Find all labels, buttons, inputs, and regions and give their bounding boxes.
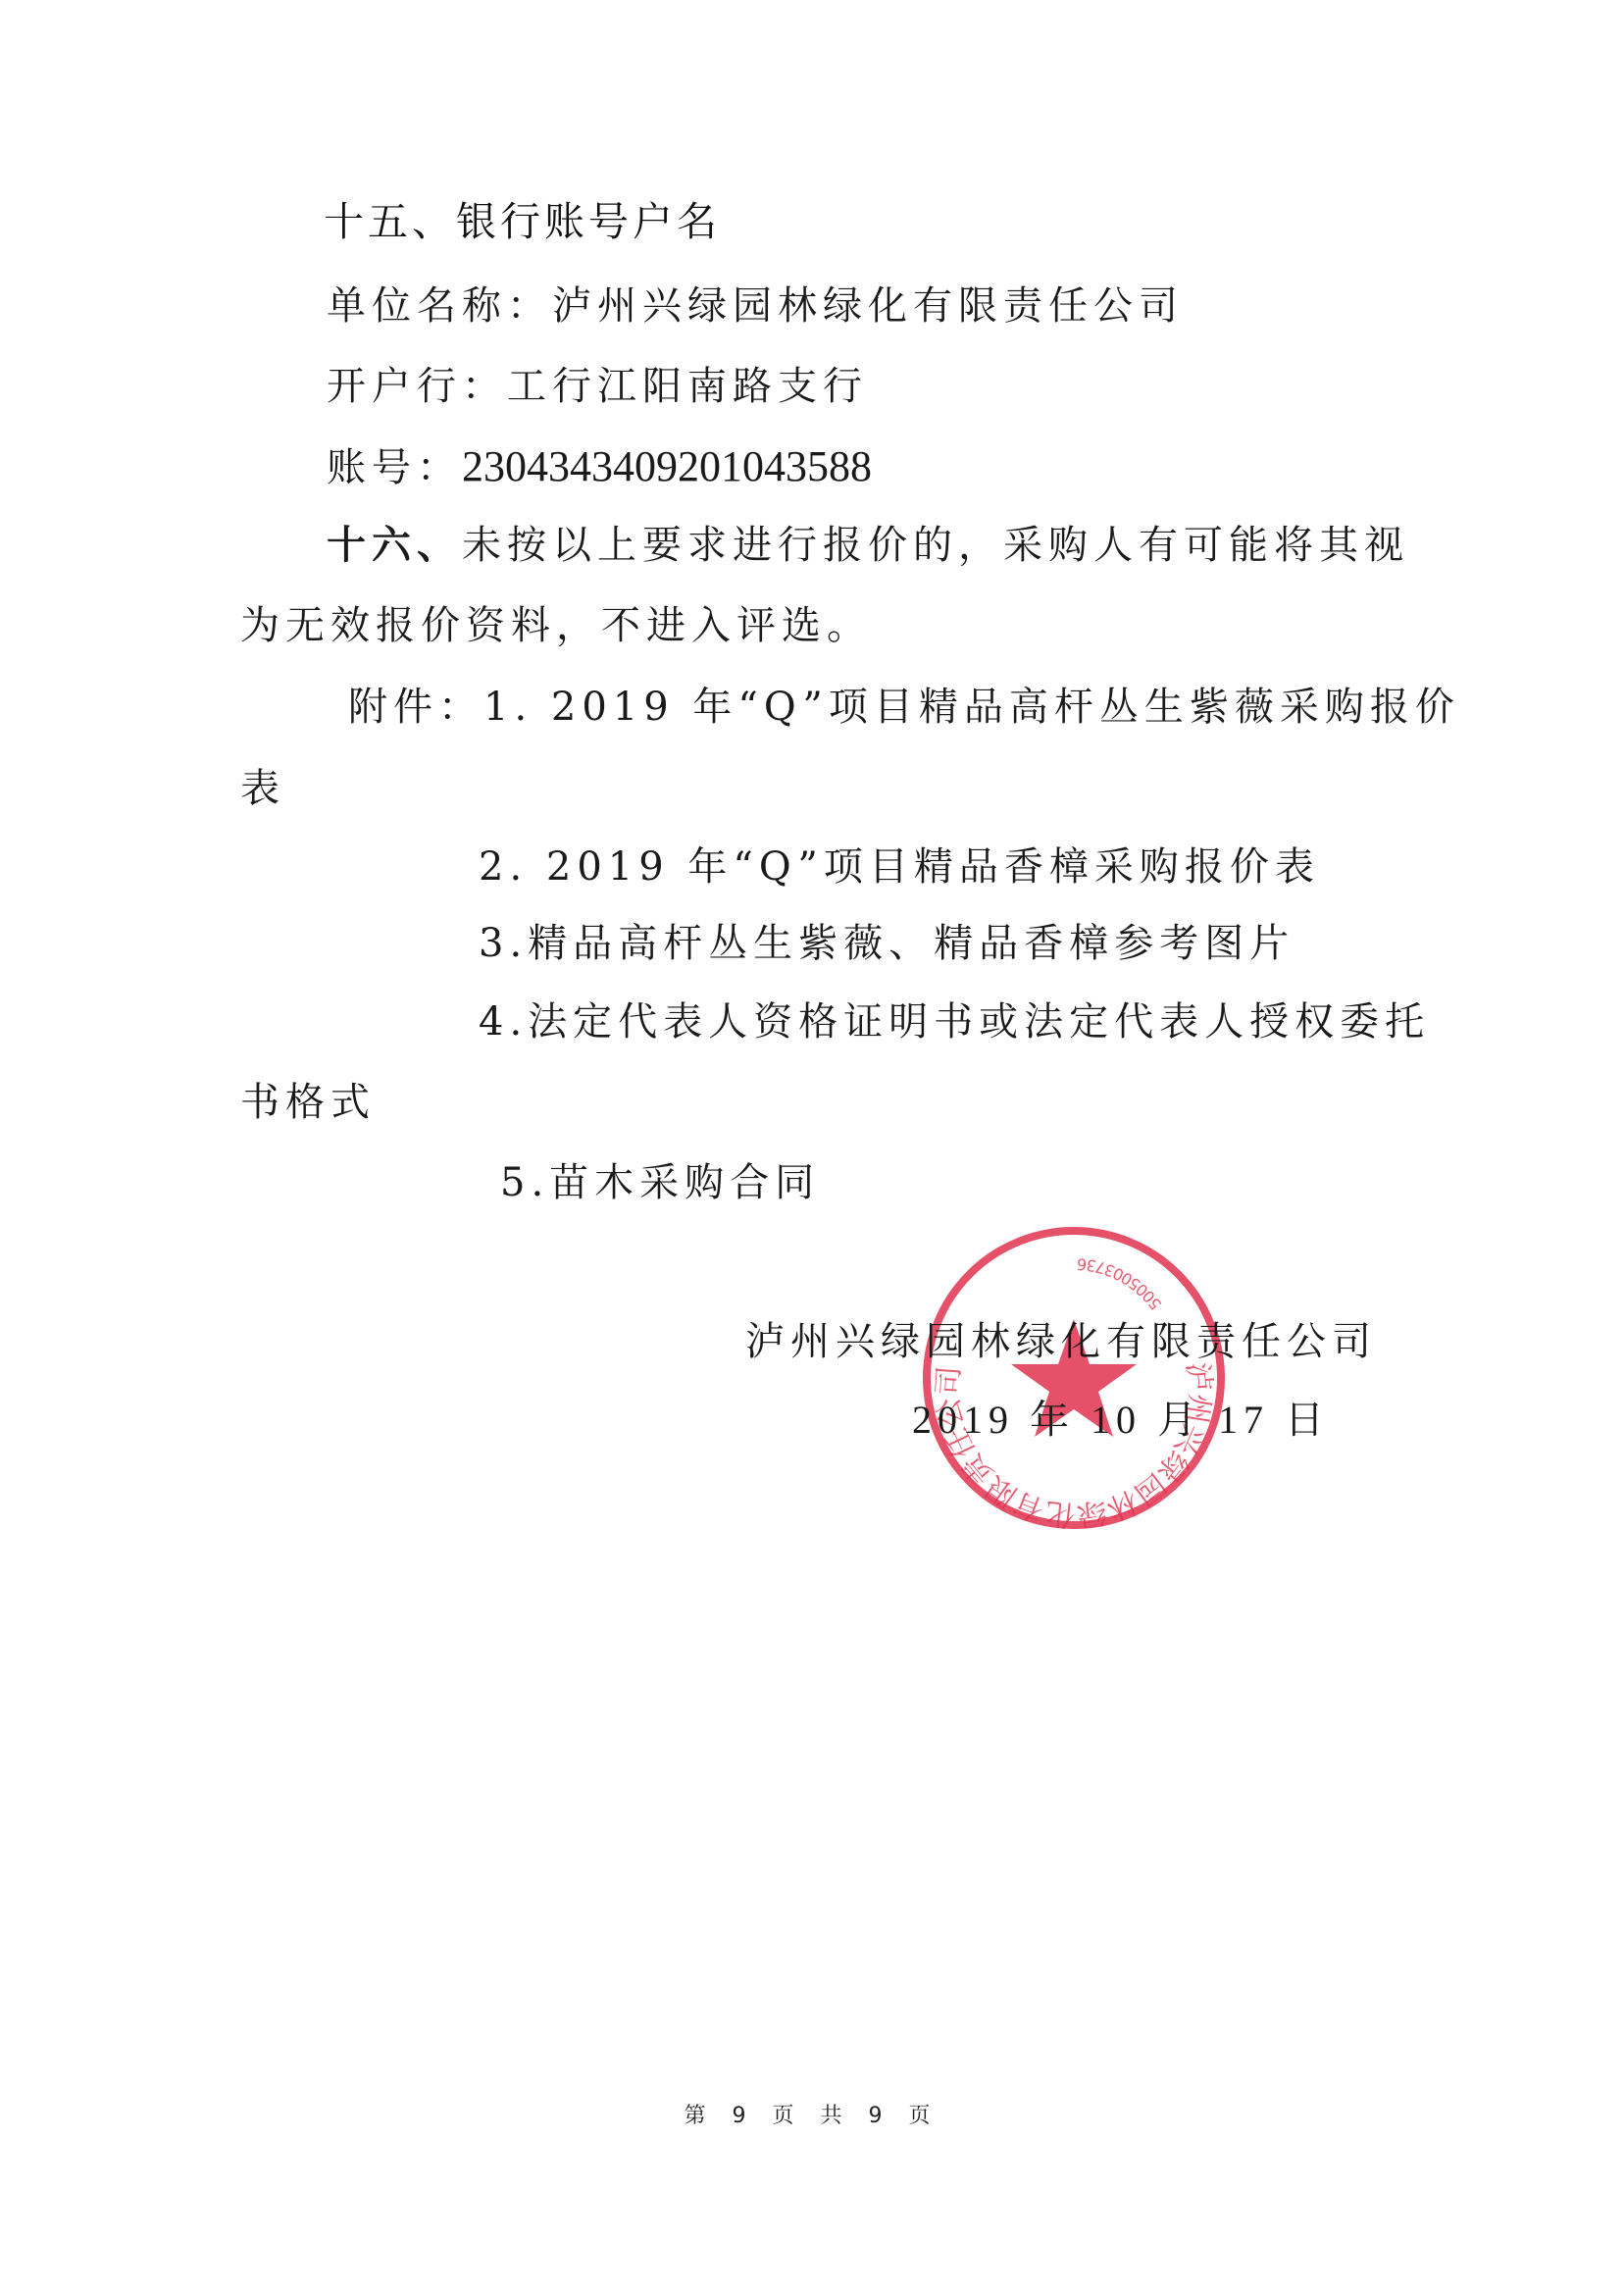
company-name-label: 单位名称： — [327, 283, 552, 329]
section-16-line1: 十六、未按以上要求进行报价的，采购人有可能将其视 — [327, 520, 1409, 571]
attachment-4-line2: 书格式 — [240, 1077, 376, 1128]
svg-text:5005003736: 5005003736 — [1076, 1254, 1165, 1313]
bank-label: 开户行： — [327, 364, 507, 409]
attachment-1-line1: 附件：1. 2019 年“Q”项目精品高杆丛生紫薇采购报价 — [348, 682, 1460, 733]
company-seal-stamp: 泸州兴绿园林绿化有限责任公司 5005003736 — [917, 1221, 1231, 1535]
stamp-code-text: 5005003736 — [1076, 1254, 1165, 1313]
attachments-label: 附件： — [348, 685, 483, 730]
bank-value: 工行江阳南路支行 — [507, 364, 868, 409]
attachment-4-line1: 4.法定代表人资格证明书或法定代表人授权委托 — [479, 996, 1430, 1047]
attachment-1-text: 1. 2019 年“Q”项目精品高杆丛生紫薇采购报价 — [483, 685, 1460, 730]
attachment-2: 2. 2019 年“Q”项目精品香樟采购报价表 — [479, 841, 1320, 892]
signature-date-text: 2019 年 10 月 17 日 — [912, 1398, 1330, 1442]
bank-row: 开户行：工行江阳南路支行 — [327, 361, 868, 412]
section-16-line2: 为无效报价资料，不进入评选。 — [240, 600, 872, 651]
page-number-footer: 第 9 页 共 9 页 — [0, 2099, 1624, 2129]
signature-company: 泸州兴绿园林绿化有限责任公司 — [745, 1316, 1377, 1367]
company-name-row: 单位名称：泸州兴绿园林绿化有限责任公司 — [327, 280, 1184, 331]
signature-date: 2019 年 10 月 17 日 — [912, 1395, 1330, 1446]
account-number: 2304343409201043588 — [462, 442, 872, 490]
attachment-5: 5.苗木采购合同 — [500, 1157, 820, 1208]
section-16-lead: 十六、 — [327, 523, 462, 568]
company-name-value: 泸州兴绿园林绿化有限责任公司 — [552, 283, 1184, 329]
attachment-1-line2: 表 — [240, 763, 285, 814]
section-16-text: 未按以上要求进行报价的，采购人有可能将其视 — [462, 523, 1409, 568]
section-15-heading: 十五、银行账号户名 — [324, 196, 721, 247]
attachment-3: 3.精品高杆丛生紫薇、精品香樟参考图片 — [479, 918, 1294, 969]
account-label: 账号： — [327, 445, 462, 490]
account-row: 账号：2304343409201043588 — [327, 441, 872, 493]
